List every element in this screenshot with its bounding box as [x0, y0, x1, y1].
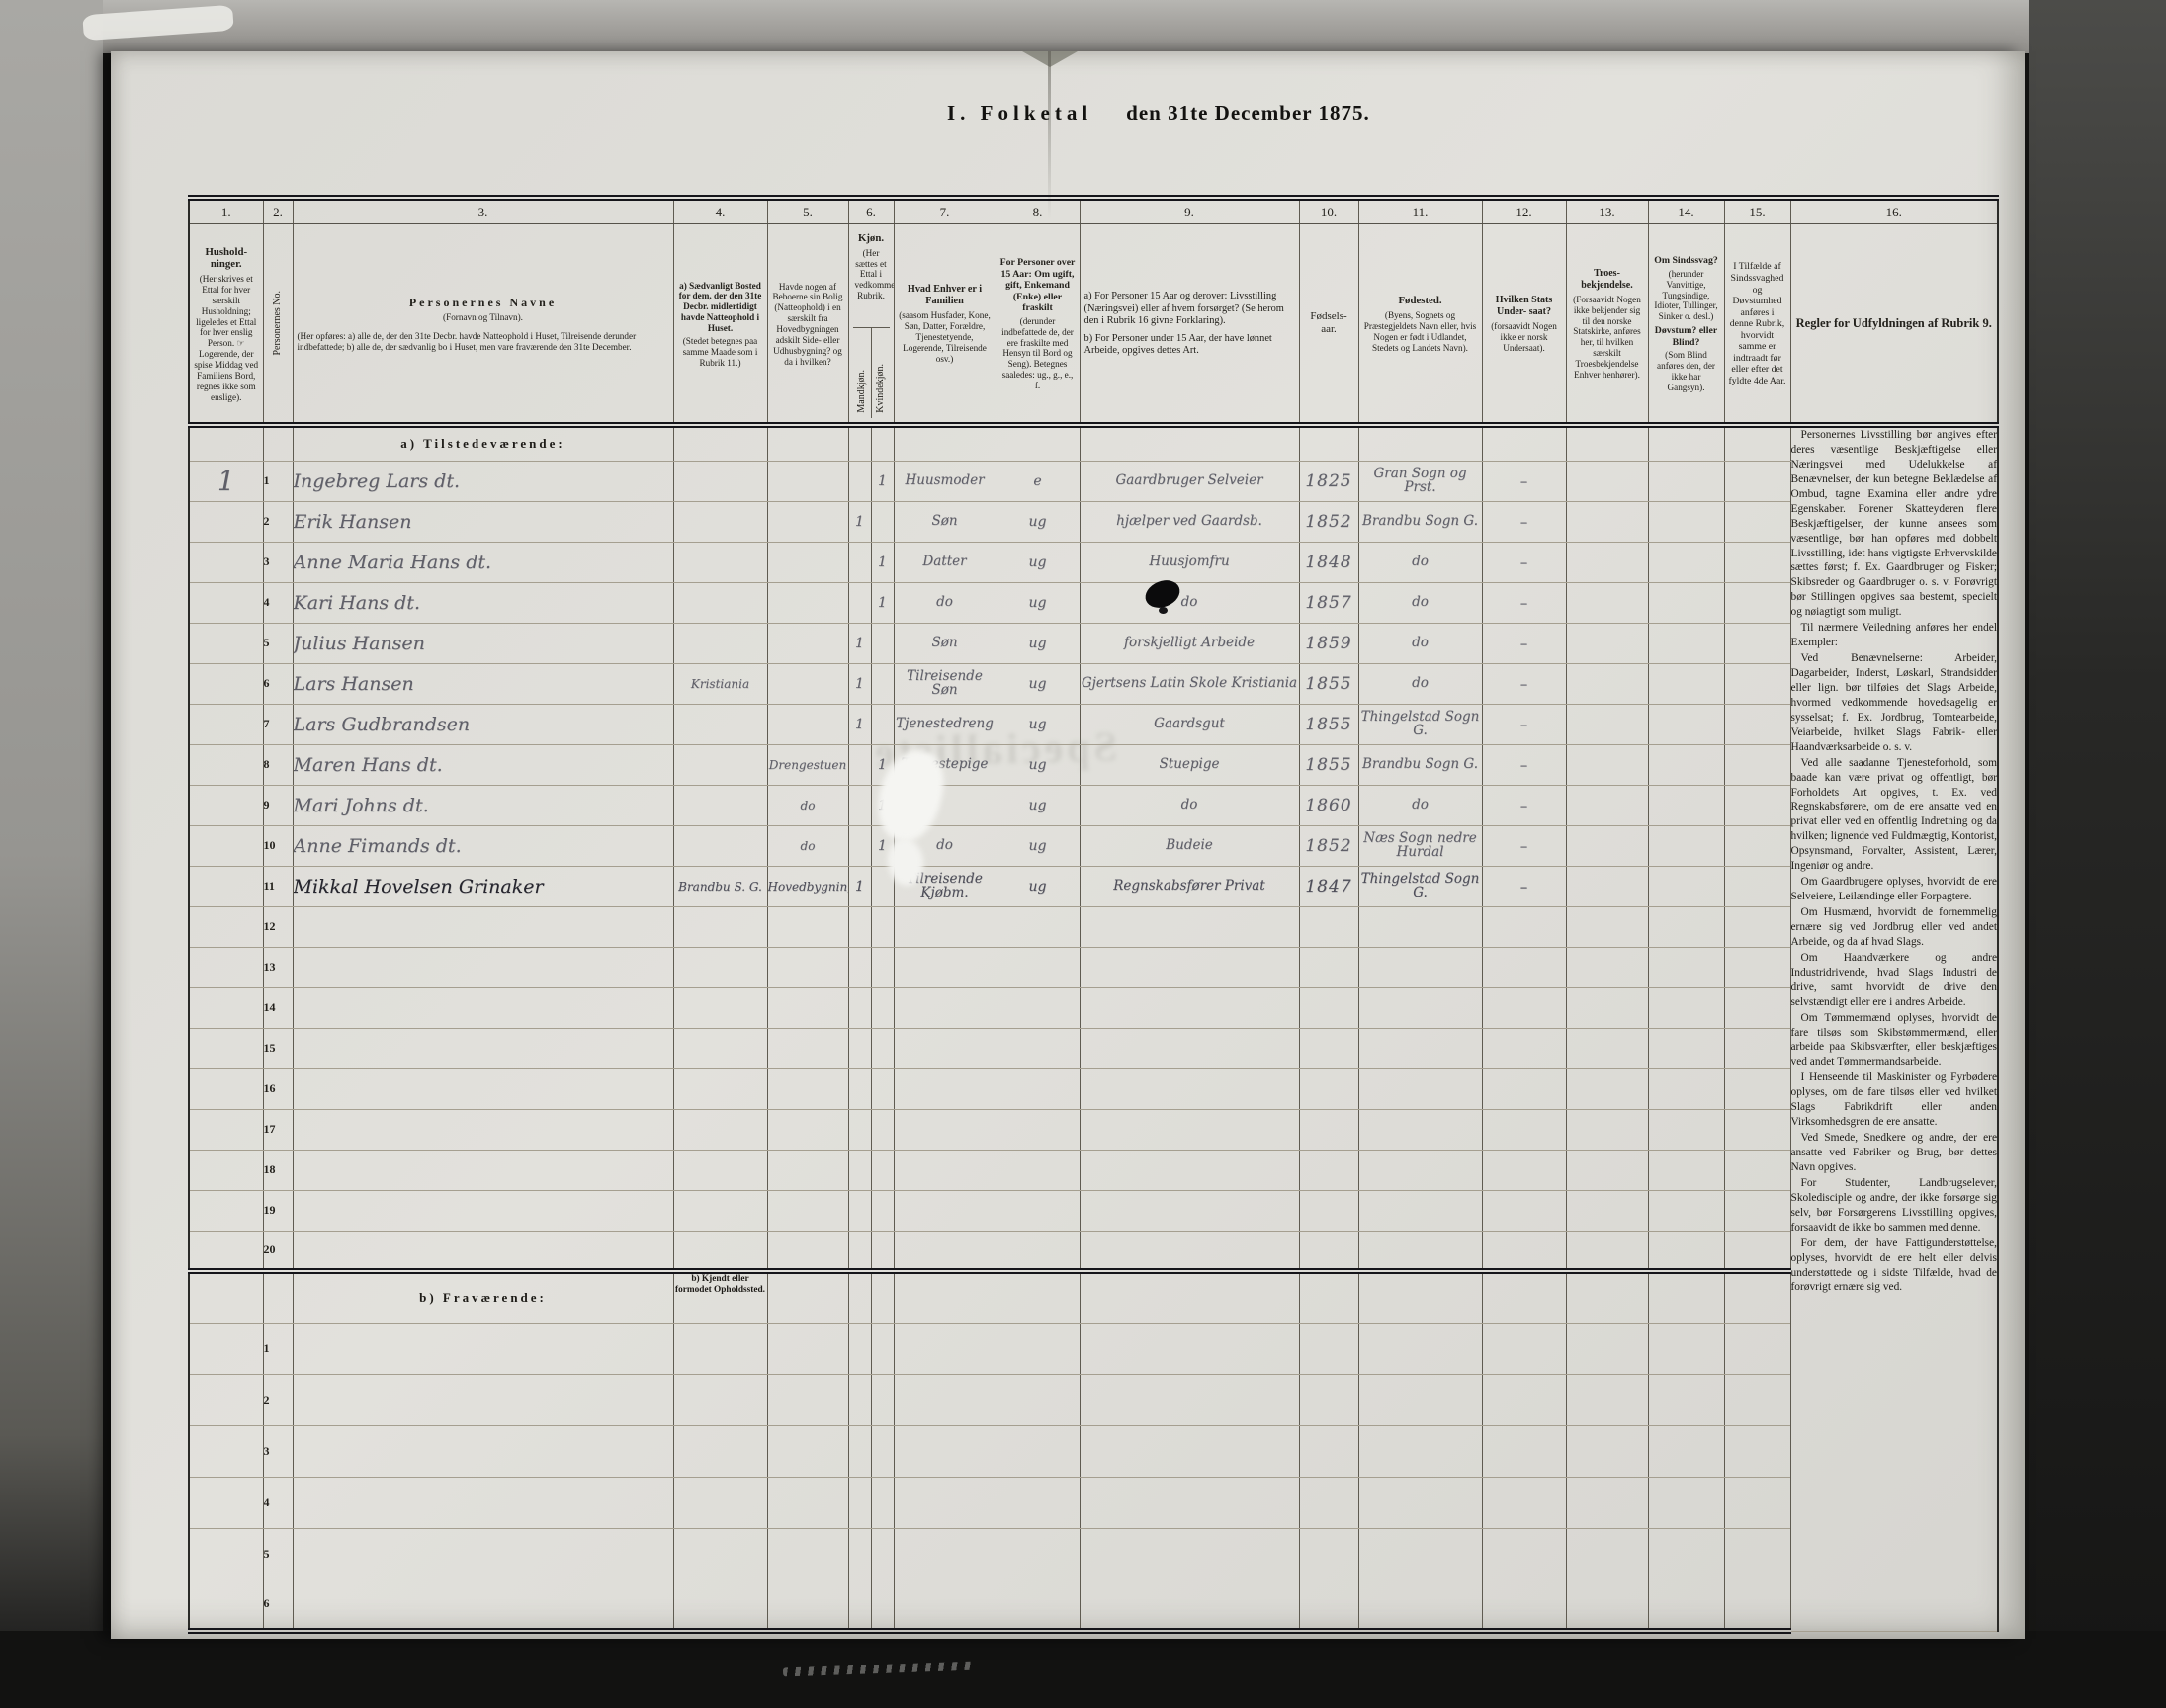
usual-residence-entry — [673, 704, 767, 744]
family-position-entry — [894, 1528, 996, 1580]
person-number: 17 — [263, 1109, 293, 1150]
female-mark — [871, 623, 894, 663]
rules-paragraph: Ved Smede, Snedkere og andre, der ere an… — [1791, 1131, 1998, 1175]
table-row: 3Anne Maria Hans dt.1DatterugHuusjomfru1… — [189, 542, 1998, 582]
header-rules-title: Regler for Udfyldningen af Rubrik 9. — [1796, 316, 1992, 330]
occupation-entry — [1080, 1580, 1299, 1631]
disability-entry — [1648, 1150, 1724, 1190]
header-birthplace-title: Fødested. — [1363, 295, 1478, 307]
male-mark — [848, 825, 871, 866]
page-title-part2: den 31te December 1875. — [1126, 101, 1370, 126]
disability-entry — [1648, 1068, 1724, 1109]
male-mark — [848, 1028, 871, 1068]
person-number: 1 — [263, 461, 293, 501]
person-name: Ingebreg Lars dt. — [293, 461, 673, 501]
table-row: b) Fraværende:b) Kjendt eller formodet O… — [189, 1271, 1998, 1323]
empty-cell — [996, 1271, 1080, 1323]
header-family-position: Hvad Enhver er i Familien (saasom Husfad… — [894, 224, 996, 426]
empty-cell — [848, 1271, 871, 1323]
marital-status-entry — [996, 1528, 1080, 1580]
usual-residence-entry — [673, 542, 767, 582]
male-mark: 1 — [848, 704, 871, 744]
disability-entry — [1648, 1231, 1724, 1271]
creed-entry — [1566, 906, 1648, 947]
person-name: Julius Hansen — [293, 623, 673, 663]
person-number: 4 — [263, 1477, 293, 1528]
birthplace-entry: Brandbu Sogn G. — [1358, 744, 1482, 785]
household-number — [189, 906, 263, 947]
citizenship-entry — [1482, 1068, 1566, 1109]
creed-entry — [1566, 623, 1648, 663]
empty-cell — [1299, 1271, 1358, 1323]
occupation-entry — [1080, 906, 1299, 947]
family-position-entry: Søn — [894, 501, 996, 542]
male-mark — [848, 785, 871, 825]
person-name: Mikkal Hovelsen Grinaker — [293, 866, 673, 906]
occupation-entry: Gaardsgut — [1080, 704, 1299, 744]
header-outbuilding: Havde nogen af Beboerne sin Bolig (Natte… — [767, 224, 848, 426]
disability-onset-entry — [1724, 1190, 1790, 1231]
male-mark — [848, 1068, 871, 1109]
occupation-entry — [1080, 947, 1299, 987]
occupation-entry: do — [1080, 785, 1299, 825]
page-title-part1: I. Folketal — [947, 101, 1092, 126]
empty-cell — [894, 1271, 996, 1323]
citizenship-entry: – — [1482, 704, 1566, 744]
disability-onset-entry — [1724, 704, 1790, 744]
table-row: 20 — [189, 1231, 1998, 1271]
header-sex-title: Kjøn. — [855, 232, 888, 245]
occupation-entry: Gaardbruger Selveier — [1080, 461, 1299, 501]
person-name: Mari Johns dt. — [293, 785, 673, 825]
header-rules: Regler for Udfyldningen af Rubrik 9. — [1790, 224, 1998, 426]
male-mark — [848, 1323, 871, 1374]
household-number — [189, 1374, 263, 1425]
usual-residence-entry — [673, 1231, 767, 1271]
empty-cell — [1080, 425, 1299, 461]
household-number — [189, 501, 263, 542]
disability-onset-entry — [1724, 1028, 1790, 1068]
person-number: 7 — [263, 704, 293, 744]
person-number: 4 — [263, 582, 293, 623]
person-name: Maren Hans dt. — [293, 744, 673, 785]
birth-year-entry — [1299, 1190, 1358, 1231]
family-position-entry: Tjenestedreng — [894, 704, 996, 744]
disability-entry — [1648, 1580, 1724, 1631]
column-number-8: 8. — [996, 198, 1080, 224]
header-creed: Troes- bekjendelse. (Forsaavidt Nogen ik… — [1566, 224, 1648, 426]
occupation-entry: Gjertsens Latin Skole Kristiania — [1080, 663, 1299, 704]
column-header-row: Hushold- ninger. (Her skrives et Ettal f… — [189, 224, 1998, 426]
person-name: Kari Hans dt. — [293, 582, 673, 623]
citizenship-entry — [1482, 1528, 1566, 1580]
male-mark — [848, 1109, 871, 1150]
household-number — [189, 1425, 263, 1477]
male-mark — [848, 1477, 871, 1528]
column-number-4: 4. — [673, 198, 767, 224]
rules-paragraph: Om Gaardbrugere oplyses, hvorvidt de ere… — [1791, 875, 1998, 904]
empty-cell — [1648, 425, 1724, 461]
page-title: I. Folketal den 31te December 1875. — [947, 101, 1370, 126]
person-number: 11 — [263, 866, 293, 906]
outbuilding-entry — [767, 1425, 848, 1477]
female-mark — [871, 1190, 894, 1231]
outbuilding-entry — [767, 1580, 848, 1631]
family-position-entry — [894, 1028, 996, 1068]
empty-cell — [263, 425, 293, 461]
marital-status-entry: ug — [996, 542, 1080, 582]
female-mark — [871, 1068, 894, 1109]
family-position-entry: Søn — [894, 623, 996, 663]
disability-entry — [1648, 704, 1724, 744]
outbuilding-entry — [767, 461, 848, 501]
column-number-6: 6. — [848, 198, 894, 224]
person-name: Lars Gudbrandsen — [293, 704, 673, 744]
citizenship-entry — [1482, 1109, 1566, 1150]
outbuilding-entry — [767, 1231, 848, 1271]
header-person-names-title: Personernes Navne — [298, 296, 669, 309]
header-marital-status-title: For Personer over 15 Aar: Om ugift, gift… — [1000, 257, 1076, 314]
male-mark — [848, 542, 871, 582]
birthplace-entry: do — [1358, 785, 1482, 825]
header-occupation-note-a: a) For Personer 15 Aar og derover: Livss… — [1084, 291, 1295, 327]
table-row: 2 — [189, 1374, 1998, 1425]
usual-residence-entry — [673, 987, 767, 1028]
female-mark — [871, 1231, 894, 1271]
person-name — [293, 906, 673, 947]
header-marital-status-note: (derunder indbefattede de, der ere frask… — [1000, 316, 1076, 391]
outbuilding-entry — [767, 1068, 848, 1109]
person-name: Lars Hansen — [293, 663, 673, 704]
disability-onset-entry — [1724, 1109, 1790, 1150]
creed-entry — [1566, 1150, 1648, 1190]
usual-residence-entry — [673, 1374, 767, 1425]
scanner-band-top — [0, 0, 2166, 53]
usual-residence-entry: Brandbu S. G. — [673, 866, 767, 906]
citizenship-entry — [1482, 987, 1566, 1028]
outbuilding-entry — [767, 1374, 848, 1425]
usual-residence-entry — [673, 1323, 767, 1374]
column-number-5: 5. — [767, 198, 848, 224]
family-position-entry: Tilreisende Søn — [894, 663, 996, 704]
outbuilding-entry — [767, 663, 848, 704]
citizenship-entry — [1482, 947, 1566, 987]
household-number — [189, 1028, 263, 1068]
empty-cell — [996, 425, 1080, 461]
header-disability-title1: Om Sindssvag? — [1653, 255, 1720, 267]
empty-cell — [1080, 1271, 1299, 1323]
scanner-band-bottom — [0, 1631, 2166, 1708]
disability-onset-entry — [1724, 987, 1790, 1028]
marital-status-entry — [996, 1374, 1080, 1425]
empty-cell — [1358, 1271, 1482, 1323]
disability-entry — [1648, 1477, 1724, 1528]
person-number: 10 — [263, 825, 293, 866]
empty-cell — [1724, 1271, 1790, 1323]
header-birth-year-title: Fødsels- aar. — [1304, 310, 1354, 336]
disability-onset-entry — [1724, 1150, 1790, 1190]
usual-residence-entry — [673, 785, 767, 825]
census-table-body: a) Tilstedeværende:Personernes Livsstill… — [189, 425, 1998, 1631]
table-row: a) Tilstedeværende:Personernes Livsstill… — [189, 425, 1998, 461]
person-name: Anne Fimands dt. — [293, 825, 673, 866]
citizenship-entry — [1482, 906, 1566, 947]
header-outbuilding-note: Havde nogen af Beboerne sin Bolig (Natte… — [772, 282, 844, 368]
birthplace-entry — [1358, 1190, 1482, 1231]
birth-year-entry — [1299, 1231, 1358, 1271]
section-a-label: a) Tilstedeværende: — [293, 425, 673, 461]
creed-entry — [1566, 663, 1648, 704]
person-number: 14 — [263, 987, 293, 1028]
birth-year-entry — [1299, 947, 1358, 987]
birthplace-entry — [1358, 1028, 1482, 1068]
scanner-band-left — [0, 0, 103, 1708]
header-disability: Om Sindssvag? (herunder Vanvittige, Tung… — [1648, 224, 1724, 426]
outbuilding-entry — [767, 1477, 848, 1528]
table-row: 15 — [189, 1028, 1998, 1068]
occupation-entry — [1080, 1231, 1299, 1271]
creed-entry — [1566, 1528, 1648, 1580]
disability-entry — [1648, 1528, 1724, 1580]
birthplace-entry: Gran Sogn og Prst. — [1358, 461, 1482, 501]
male-mark: 1 — [848, 501, 871, 542]
disability-onset-entry — [1724, 623, 1790, 663]
birth-year-entry — [1299, 1528, 1358, 1580]
birth-year-entry: 1859 — [1299, 623, 1358, 663]
birth-year-entry: 1852 — [1299, 825, 1358, 866]
occupation-entry: Regnskabsfører Privat — [1080, 866, 1299, 906]
header-sex: Kjøn. (Her sættes et Ettal i vedkommende… — [848, 224, 894, 426]
occupation-entry: forskjelligt Arbeide — [1080, 623, 1299, 663]
person-number: 5 — [263, 1528, 293, 1580]
table-row: 4Kari Hans dt.1dougdo1857do– — [189, 582, 1998, 623]
marital-status-entry: ug — [996, 663, 1080, 704]
person-name — [293, 987, 673, 1028]
person-name — [293, 1190, 673, 1231]
disability-entry — [1648, 947, 1724, 987]
table-row: 17 — [189, 1109, 1998, 1150]
female-mark — [871, 1477, 894, 1528]
person-name — [293, 1109, 673, 1150]
outbuilding-entry: do — [767, 825, 848, 866]
table-row: 19 — [189, 1190, 1998, 1231]
male-mark — [848, 1425, 871, 1477]
occupation-entry: Huusjomfru — [1080, 542, 1299, 582]
birth-year-entry — [1299, 1323, 1358, 1374]
column-number-3: 3. — [293, 198, 673, 224]
person-name — [293, 947, 673, 987]
household-number — [189, 1109, 263, 1150]
usual-residence-entry — [673, 1150, 767, 1190]
outbuilding-entry — [767, 704, 848, 744]
birth-year-entry: 1825 — [1299, 461, 1358, 501]
column-number-15: 15. — [1724, 198, 1790, 224]
creed-entry — [1566, 1231, 1648, 1271]
birth-year-entry — [1299, 1425, 1358, 1477]
household-number — [189, 1477, 263, 1528]
absent-residence-note: b) Kjendt eller formodet Opholdssted. — [673, 1271, 767, 1323]
column-number-13: 13. — [1566, 198, 1648, 224]
person-number: 15 — [263, 1028, 293, 1068]
header-family-position-title: Hvad Enhver er i Familien — [899, 284, 992, 307]
marital-status-entry — [996, 987, 1080, 1028]
disability-entry — [1648, 744, 1724, 785]
household-number — [189, 744, 263, 785]
empty-cell — [1358, 425, 1482, 461]
citizenship-entry — [1482, 1150, 1566, 1190]
occupation-entry — [1080, 1190, 1299, 1231]
male-mark — [848, 1190, 871, 1231]
usual-residence-entry — [673, 947, 767, 987]
column-number-1: 1. — [189, 198, 263, 224]
birth-year-entry — [1299, 1109, 1358, 1150]
male-mark — [848, 582, 871, 623]
marital-status-entry — [996, 1323, 1080, 1374]
marital-status-entry: e — [996, 461, 1080, 501]
person-number: 16 — [263, 1068, 293, 1109]
disability-onset-entry — [1724, 461, 1790, 501]
female-mark — [871, 1150, 894, 1190]
citizenship-entry — [1482, 1477, 1566, 1528]
table-row: 2Erik Hansen1Sønughjælper ved Gaardsb.18… — [189, 501, 1998, 542]
table-row: 4 — [189, 1477, 1998, 1528]
disability-entry — [1648, 461, 1724, 501]
empty-cell — [1648, 1271, 1724, 1323]
male-mark — [848, 1231, 871, 1271]
disability-entry — [1648, 785, 1724, 825]
household-number: 1 — [189, 461, 263, 501]
family-position-entry — [894, 906, 996, 947]
birth-year-entry: 1848 — [1299, 542, 1358, 582]
table-row: 18 — [189, 1150, 1998, 1190]
header-birth-year: Fødsels- aar. — [1299, 224, 1358, 426]
birth-year-entry — [1299, 1477, 1358, 1528]
header-sex-note: (Her sættes et Ettal i vedkommende Rubri… — [855, 248, 888, 301]
table-row: 7Lars Gudbrandsen1TjenestedrengugGaardsg… — [189, 704, 1998, 744]
header-person-number: Personernes No. — [263, 224, 293, 426]
outbuilding-entry: Drengestuen — [767, 744, 848, 785]
disability-onset-entry — [1724, 663, 1790, 704]
citizenship-entry: – — [1482, 582, 1566, 623]
household-number — [189, 1580, 263, 1631]
birth-year-entry: 1857 — [1299, 582, 1358, 623]
disability-entry — [1648, 663, 1724, 704]
empty-cell — [1566, 425, 1648, 461]
census-table: 1. 2. 3. 4. 5. 6. 7. 8. 9. 10. 11. 12. 1… — [188, 195, 1999, 1634]
occupation-entry — [1080, 1323, 1299, 1374]
person-number: 2 — [263, 1374, 293, 1425]
marital-status-entry — [996, 1231, 1080, 1271]
citizenship-entry — [1482, 1231, 1566, 1271]
household-number — [189, 704, 263, 744]
header-households-note: (Her skrives et Ettal for hver særskilt … — [194, 274, 259, 402]
column-number-16: 16. — [1790, 198, 1998, 224]
citizenship-entry: – — [1482, 744, 1566, 785]
outbuilding-entry — [767, 947, 848, 987]
marital-status-entry: ug — [996, 704, 1080, 744]
birthplace-entry — [1358, 1425, 1482, 1477]
birthplace-entry: Næs Sogn nedre Hurdal — [1358, 825, 1482, 866]
header-disability-onset-note: I Tilfælde af Sindssvaghed og Døvstumhed… — [1729, 261, 1786, 386]
rules-paragraph: Ved Benævnelserne: Arbeider, Dagarbeider… — [1791, 651, 1998, 755]
header-disability-title2: Døvstum? eller Blind? — [1653, 325, 1720, 348]
marital-status-entry: ug — [996, 744, 1080, 785]
creed-entry — [1566, 866, 1648, 906]
female-mark — [871, 663, 894, 704]
female-mark — [871, 1323, 894, 1374]
person-number: 6 — [263, 1580, 293, 1631]
family-position-entry — [894, 1231, 996, 1271]
occupation-entry — [1080, 1528, 1299, 1580]
citizenship-entry: – — [1482, 542, 1566, 582]
section-b-label: b) Fraværende: — [293, 1271, 673, 1323]
creed-entry — [1566, 542, 1648, 582]
disability-entry — [1648, 542, 1724, 582]
male-mark — [848, 1580, 871, 1631]
rules-paragraph: Til nærmere Veiledning anføres her endel… — [1791, 621, 1998, 650]
birthplace-entry: Thingelstad Sogn G. — [1358, 866, 1482, 906]
marital-status-entry: ug — [996, 501, 1080, 542]
citizenship-entry: – — [1482, 785, 1566, 825]
empty-cell — [189, 1271, 263, 1323]
birthplace-entry — [1358, 1374, 1482, 1425]
usual-residence-entry: Kristiania — [673, 663, 767, 704]
disability-onset-entry — [1724, 582, 1790, 623]
family-position-entry — [894, 1068, 996, 1109]
marital-status-entry: ug — [996, 623, 1080, 663]
citizenship-entry: – — [1482, 501, 1566, 542]
birthplace-entry — [1358, 1109, 1482, 1150]
disability-entry — [1648, 906, 1724, 947]
person-name — [293, 1425, 673, 1477]
female-mark — [871, 1528, 894, 1580]
person-number: 19 — [263, 1190, 293, 1231]
usual-residence-entry — [673, 744, 767, 785]
disability-onset-entry — [1724, 825, 1790, 866]
creed-entry — [1566, 1425, 1648, 1477]
occupation-entry: hjælper ved Gaardsb. — [1080, 501, 1299, 542]
header-birthplace-note: (Byens, Sognets og Præstegjeldets Navn e… — [1363, 310, 1478, 353]
occupation-entry — [1080, 1028, 1299, 1068]
usual-residence-entry — [673, 461, 767, 501]
family-position-entry — [894, 1150, 996, 1190]
disability-onset-entry — [1724, 1374, 1790, 1425]
male-mark — [848, 906, 871, 947]
creed-entry — [1566, 785, 1648, 825]
citizenship-entry — [1482, 1323, 1566, 1374]
family-position-entry — [894, 1477, 996, 1528]
male-mark — [848, 1150, 871, 1190]
household-number — [189, 663, 263, 704]
occupation-entry: Stuepige — [1080, 744, 1299, 785]
household-number — [189, 623, 263, 663]
citizenship-entry — [1482, 1580, 1566, 1631]
header-creed-title: Troes- bekjendelse. — [1571, 268, 1644, 292]
outbuilding-entry — [767, 1109, 848, 1150]
header-usual-residence: a) Sædvanligt Bosted for dem, der den 31… — [673, 224, 767, 426]
creed-entry — [1566, 1109, 1648, 1150]
household-number — [189, 987, 263, 1028]
occupation-entry — [1080, 1425, 1299, 1477]
disability-onset-entry — [1724, 1425, 1790, 1477]
usual-residence-entry — [673, 1068, 767, 1109]
usual-residence-entry — [673, 906, 767, 947]
header-usual-residence-note: (Stedet betegnes paa samme Maade som i R… — [678, 336, 763, 369]
family-position-entry — [894, 1190, 996, 1231]
birth-year-entry — [1299, 906, 1358, 947]
empty-cell — [871, 425, 894, 461]
family-position-entry: Datter — [894, 542, 996, 582]
